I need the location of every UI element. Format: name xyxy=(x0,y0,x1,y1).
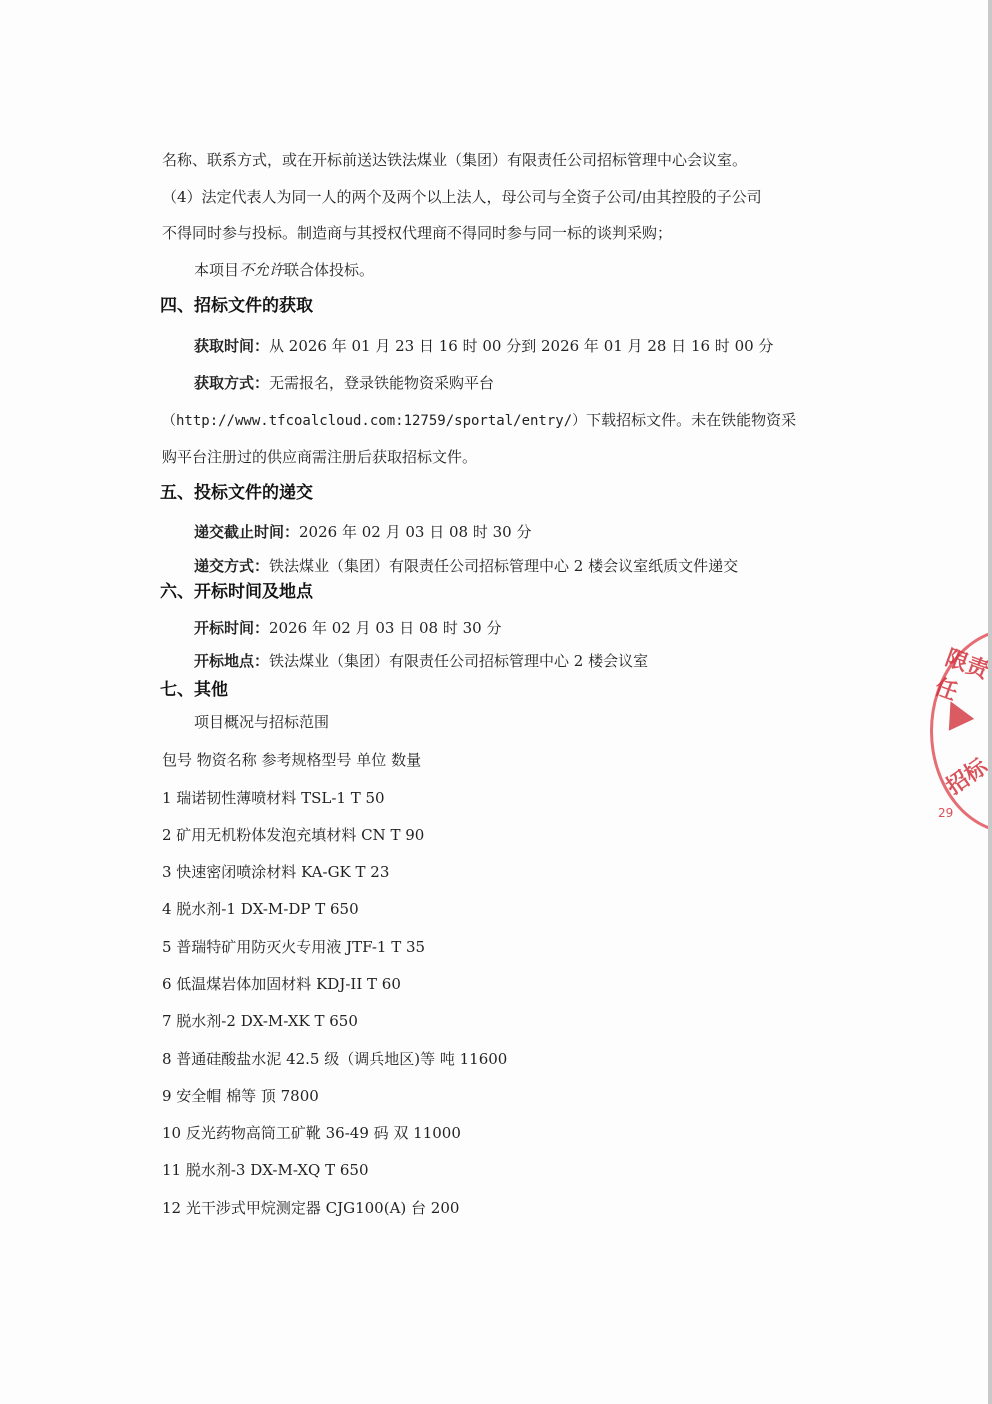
material-row: 7 脱水剂-2 DX-M-XK T 650 xyxy=(162,1011,358,1031)
material-row: 1 瑞诺韧性薄喷材料 TSL-1 T 50 xyxy=(162,788,385,808)
material-row: 10 反光药物高筒工矿靴 36-49 码 双 11000 xyxy=(162,1123,461,1143)
paragraph-rule-4-cont: 不得同时参与投标。制造商与其授权代理商不得同时参与同一标的谈判采购； xyxy=(162,223,672,243)
opening-time-label: 开标时间： xyxy=(194,619,269,637)
material-row: 5 普瑞特矿用防灭火专用液 JTF-1 T 35 xyxy=(162,937,425,957)
acquire-time-value: 从 2026 年 01 月 23 日 16 时 00 分到 2026 年 01 … xyxy=(269,337,773,355)
acquire-time-label: 获取时间： xyxy=(194,337,269,355)
material-row: 4 脱水剂-1 DX-M-DP T 650 xyxy=(162,899,359,919)
paragraph-contact: 名称、联系方式，或在开标前送达铁法煤业（集团）有限责任公司招标管理中心会议室。 xyxy=(162,150,747,170)
material-table-header: 包号 物资名称 参考规格型号 单位 数量 xyxy=(162,750,421,770)
consortium-emphasis: 不允许 xyxy=(239,261,284,279)
section-6-heading: 六、开标时间及地点 xyxy=(160,581,313,603)
scan-edge xyxy=(988,0,992,1404)
acquire-url-line: （http://www.tfcoalcloud.com:12759/sporta… xyxy=(162,410,796,431)
acquire-time: 获取时间：从 2026 年 01 月 23 日 16 时 00 分到 2026 … xyxy=(194,336,773,356)
material-row: 6 低温煤岩体加固材料 KDJ-II T 60 xyxy=(162,974,401,994)
section-7-heading: 七、其他 xyxy=(160,679,228,701)
submit-deadline: 递交截止时间：2026 年 02 月 03 日 08 时 30 分 xyxy=(194,522,531,542)
section-4-heading: 四、招标文件的获取 xyxy=(160,295,313,317)
consortium-suffix: 联合体投标。 xyxy=(284,261,374,279)
opening-place: 开标地点：铁法煤业（集团）有限责任公司招标管理中心 2 楼会议室 xyxy=(194,651,648,671)
material-row: 11 脱水剂-3 DX-M-XQ T 650 xyxy=(162,1160,369,1180)
material-row: 3 快速密闭喷涂材料 KA-GK T 23 xyxy=(162,862,389,882)
submit-method-value: 铁法煤业（集团）有限责任公司招标管理中心 2 楼会议室纸质文件递交 xyxy=(269,557,738,575)
section-5-heading: 五、投标文件的递交 xyxy=(160,482,313,504)
submit-method-label: 递交方式： xyxy=(194,557,269,575)
opening-place-label: 开标地点： xyxy=(194,652,269,670)
consortium-prefix: 本项目 xyxy=(194,261,239,279)
platform-url[interactable]: （http://www.tfcoalcloud.com:12759/sporta… xyxy=(162,413,586,429)
seal-number: 29 xyxy=(938,806,953,820)
project-overview-subheading: 项目概况与招标范围 xyxy=(194,712,329,732)
document-page: 名称、联系方式，或在开标前送达铁法煤业（集团）有限责任公司招标管理中心会议室。 … xyxy=(0,0,992,1404)
acquire-register-note: 购平台注册过的供应商需注册后获取招标文件。 xyxy=(162,447,477,467)
material-row: 2 矿用无机粉体发泡充填材料 CN T 90 xyxy=(162,825,424,845)
submit-deadline-value: 2026 年 02 月 03 日 08 时 30 分 xyxy=(299,523,531,541)
submit-deadline-label: 递交截止时间： xyxy=(194,523,299,541)
paragraph-rule-4: （4）法定代表人为同一人的两个及两个以上法人，母公司与全资子公司/由其控股的子公… xyxy=(162,187,762,207)
acquire-method-value: 无需报名，登录铁能物资采购平台 xyxy=(269,374,494,392)
opening-time: 开标时间：2026 年 02 月 03 日 08 时 30 分 xyxy=(194,618,501,638)
material-row: 8 普通硅酸盐水泥 42.5 级（调兵地区)等 吨 11600 xyxy=(162,1049,507,1069)
paragraph-consortium: 本项目不允许联合体投标。 xyxy=(194,260,374,280)
opening-place-value: 铁法煤业（集团）有限责任公司招标管理中心 2 楼会议室 xyxy=(269,652,648,670)
acquire-method: 获取方式：无需报名，登录铁能物资采购平台 xyxy=(194,373,494,393)
acquire-method-label: 获取方式： xyxy=(194,374,269,392)
acquire-url-text: 下载招标文件。未在铁能物资采 xyxy=(586,411,796,429)
material-row: 12 光干涉式甲烷测定器 CJG100(A) 台 200 xyxy=(162,1198,459,1218)
opening-time-value: 2026 年 02 月 03 日 08 时 30 分 xyxy=(269,619,501,637)
material-row: 9 安全帽 棉等 顶 7800 xyxy=(162,1086,319,1106)
submit-method: 递交方式：铁法煤业（集团）有限责任公司招标管理中心 2 楼会议室纸质文件递交 xyxy=(194,556,738,576)
